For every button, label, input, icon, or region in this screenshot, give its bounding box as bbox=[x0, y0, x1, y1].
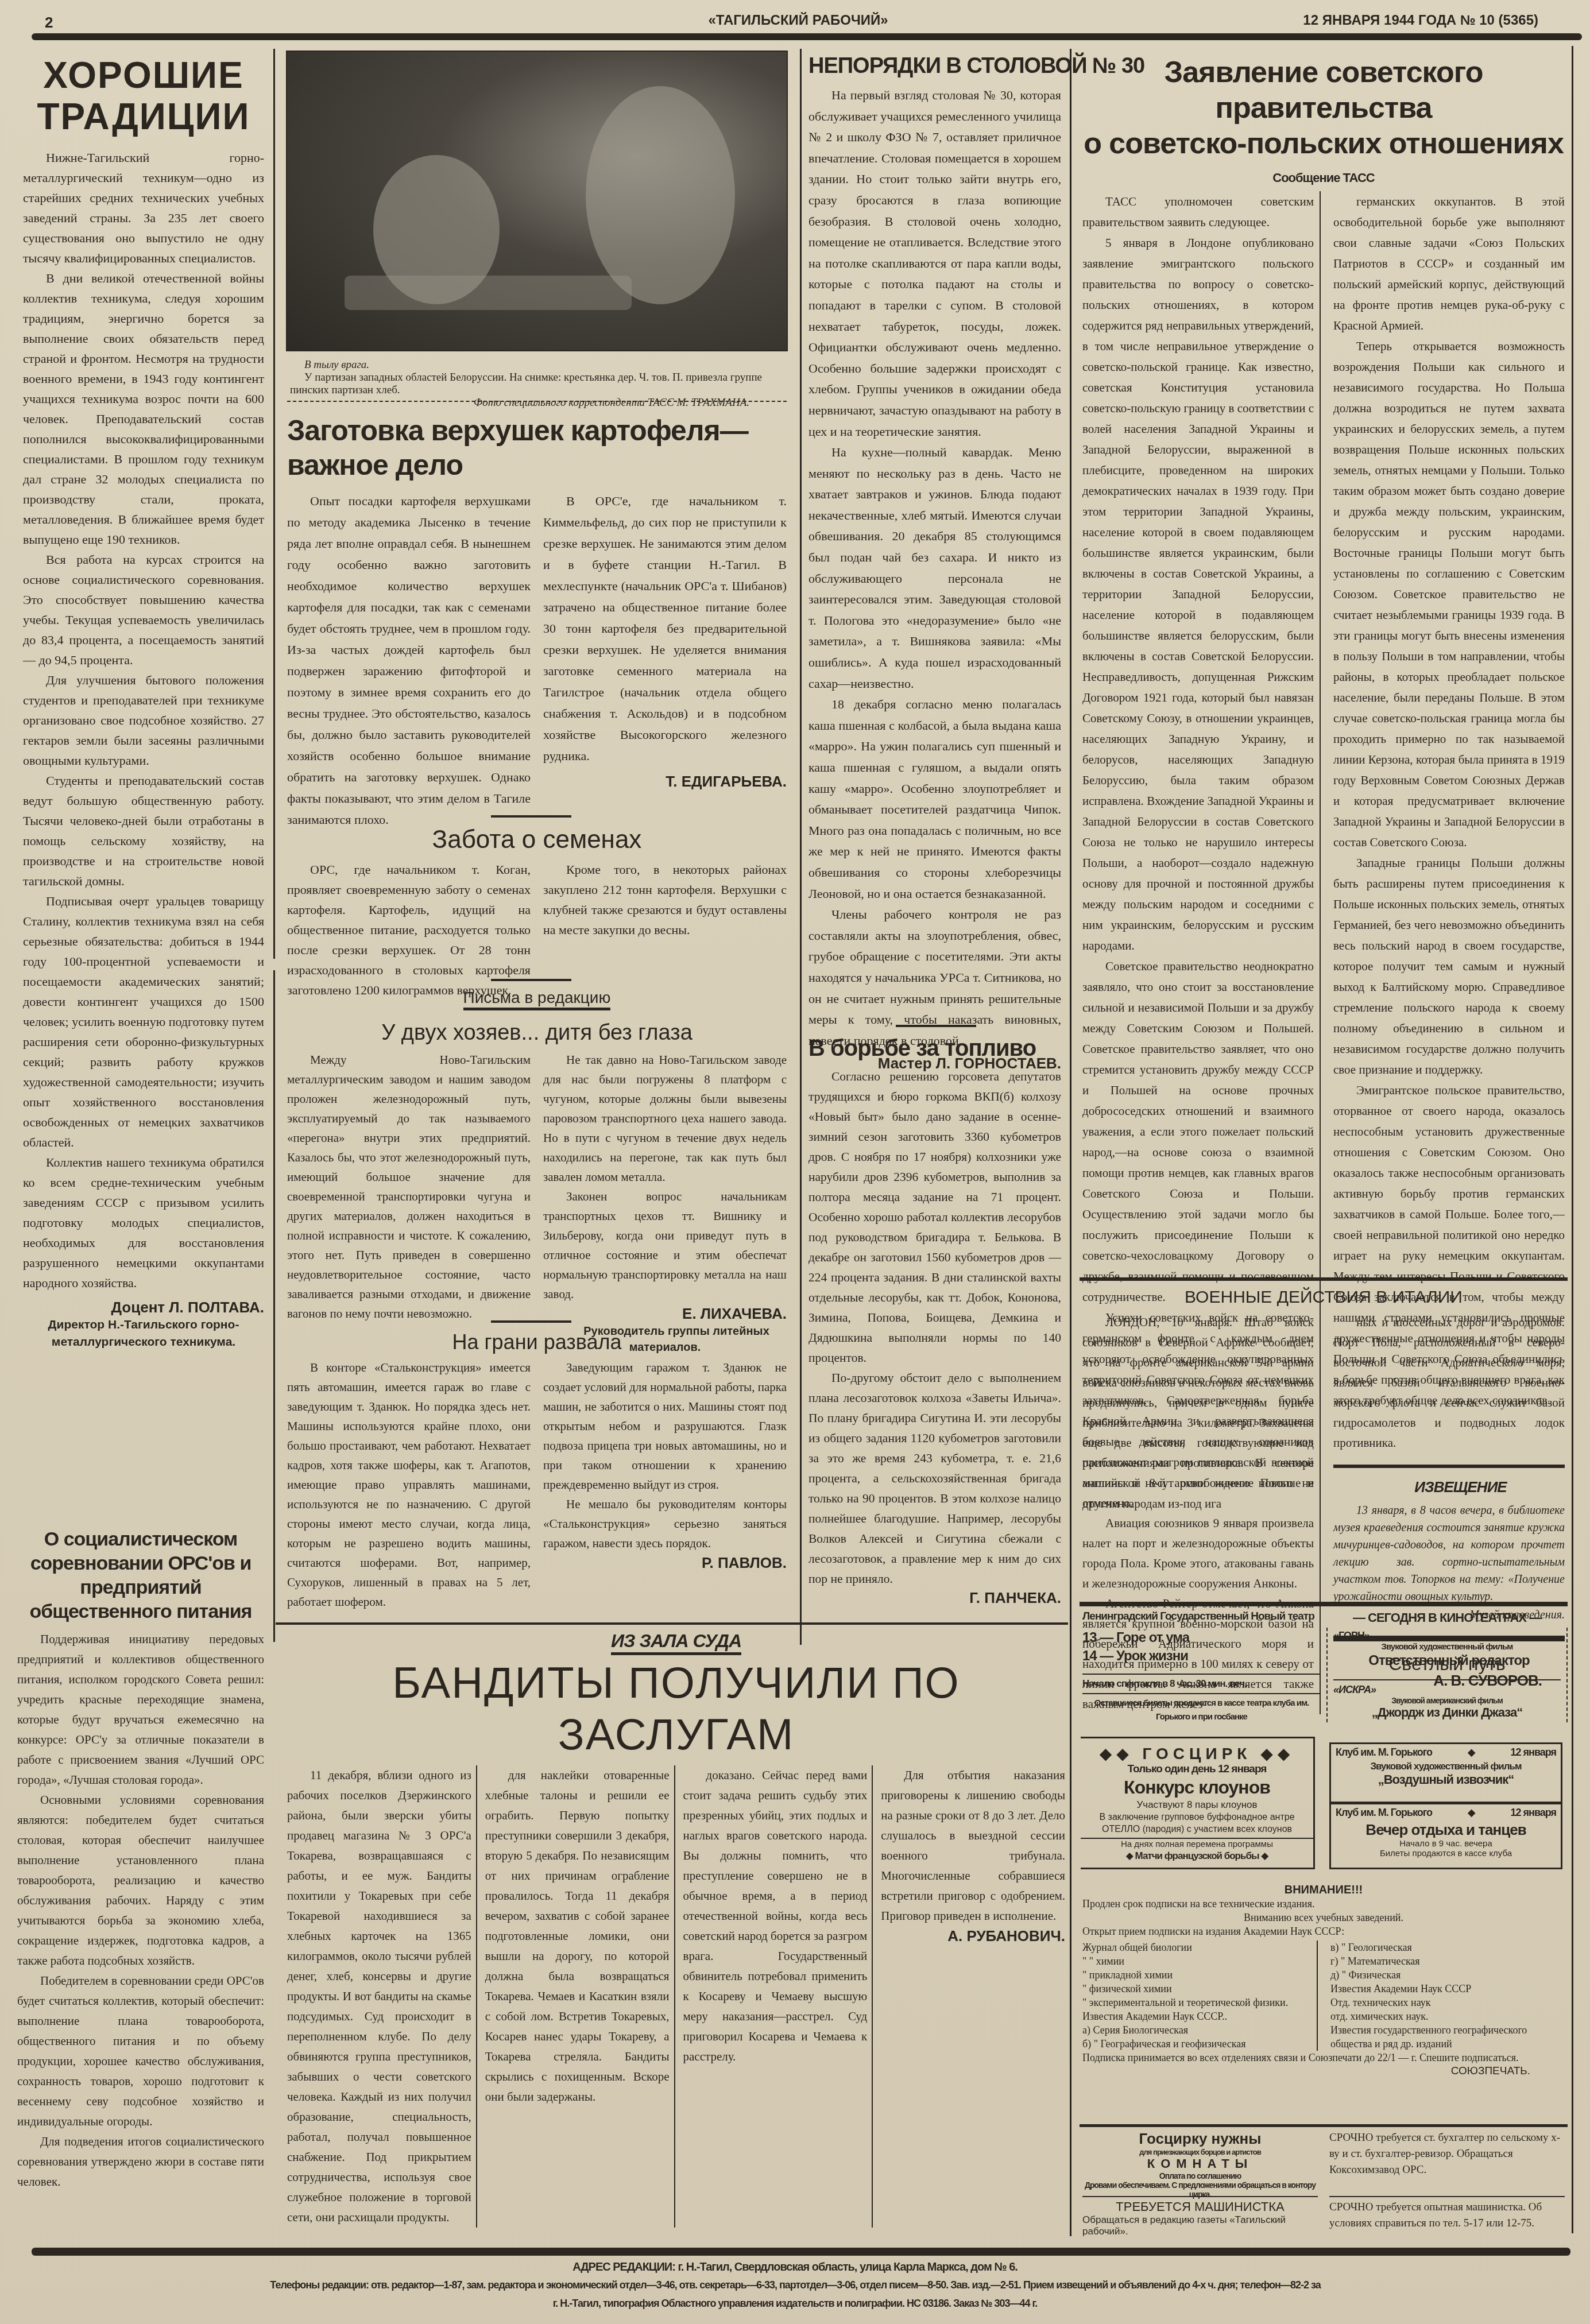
article-fuel: В борьбе за топливо Согласно решению гор… bbox=[808, 1033, 1061, 1607]
article-traditions: ХОРОШИЕ ТРАДИЦИИ Нижне-Тагильский горно-… bbox=[23, 55, 264, 1351]
article-title: Заготовка верхушек картофеля—важное дело bbox=[287, 413, 787, 482]
signature: Р. ПАВЛОВ. bbox=[543, 1553, 787, 1572]
article-collapse: На грани развала В конторе «Стальконстру… bbox=[287, 1329, 787, 1612]
article-title: Заявление советского правительства о сов… bbox=[1082, 55, 1565, 161]
article-title: У двух хозяев... дитя без глаза bbox=[287, 1019, 787, 1047]
footer-phones: Телефоны редакции: отв. редактор—1-87, з… bbox=[34, 2279, 1556, 2291]
ad-circus: ◆◆ ГОСЦИРК ◆◆ Только один день 12 января… bbox=[1081, 1737, 1315, 1869]
column-divider bbox=[1070, 49, 1071, 2236]
article-body: Согласно решению горсовета депутатов тру… bbox=[808, 1067, 1061, 1589]
ad-urgent-accountant: СРОЧНО требуется ст. бухгалтер по сельск… bbox=[1329, 2130, 1565, 2178]
article-title: В борьбе за топливо bbox=[808, 1033, 1061, 1063]
photo-partisans bbox=[286, 51, 788, 351]
separator bbox=[491, 979, 571, 981]
section-rule bbox=[1080, 2124, 1568, 2127]
article-title: ХОРОШИЕ ТРАДИЦИИ bbox=[23, 55, 264, 137]
masthead-rule bbox=[32, 33, 1582, 40]
article-orsy: О социалистическом соревновании ОРС'ов и… bbox=[17, 1527, 264, 2192]
signature: А. РУБАНОВИЧ. bbox=[881, 1926, 1065, 1946]
ad-typist: ТРЕБУЕТСЯ МАШИНИСТКА Обращаться в редакц… bbox=[1082, 2196, 1318, 2237]
ad-subscription: ВНИМАНИЕ!!! Продлен срок подписки на все… bbox=[1082, 1883, 1565, 2078]
article-title: На грани развала bbox=[287, 1329, 787, 1355]
newspaper-page: 2 «ТАГИЛЬСКИЙ РАБОЧИЙ» 12 ЯНВАРЯ 1944 ГО… bbox=[0, 0, 1590, 2324]
article-title: О социалистическом соревновании ОРС'ов и… bbox=[17, 1527, 264, 1624]
footer-address: АДРЕС РЕДАКЦИИ: г. Н.-Тагил, Свердловска… bbox=[0, 2261, 1590, 2274]
article-potato-tops: Заготовка верхушек картофеля—важное дело… bbox=[287, 413, 787, 830]
article-body: Опыт посадки картофеля верхушками по мет… bbox=[287, 490, 787, 830]
issue-date: 12 ЯНВАРЯ 1944 ГОДА № 10 (5365) bbox=[1303, 13, 1538, 29]
page-number: 2 bbox=[45, 14, 53, 32]
separator bbox=[491, 815, 571, 818]
signature: Г. ПАНЧЕКА. bbox=[808, 1589, 1061, 1607]
newspaper-name: «ТАГИЛЬСКИЙ РАБОЧИЙ» bbox=[574, 13, 1022, 29]
rubric-letters: Письма в редакцию bbox=[287, 989, 787, 1007]
section-rule bbox=[1080, 1277, 1568, 1281]
column-divider bbox=[273, 49, 275, 959]
notice-title: ИЗВЕЩЕНИЕ bbox=[1333, 1477, 1565, 1497]
article-title: ВОЕННЫЕ ДЕЙСТВИЯ В ИТАЛИИ bbox=[1082, 1286, 1565, 1309]
signature: Т. ЕДИГАРЬЕВА. bbox=[543, 771, 787, 792]
page-edge bbox=[1572, 46, 1573, 2233]
ad-theatre: Ленинградский Государственный Новый теат… bbox=[1082, 1610, 1321, 1724]
article-source: Сообщение ТАСС bbox=[1082, 171, 1565, 185]
signature: Доцент Л. ПОЛТАВА. bbox=[23, 1299, 264, 1316]
signature-role: Директор Н.-Тагильского горно-металлурги… bbox=[23, 1316, 264, 1351]
notice-text: 13 января, в 8 часов вечера, в библиотек… bbox=[1333, 1502, 1565, 1605]
footer-rule bbox=[32, 2248, 1570, 2256]
ad-cinemas: — СЕГОДНЯ В КИНОТЕАТРАХ — «ГОРН» Звуково… bbox=[1326, 1610, 1568, 1722]
article-body: Поддерживая инициативу передовых предпри… bbox=[17, 1629, 264, 2192]
dashed-rule bbox=[287, 401, 787, 402]
column-divider bbox=[800, 49, 802, 1645]
ad-club-film: Клуб им. М. Горького◆12 января Звуковой … bbox=[1329, 1742, 1562, 1803]
signature: Е. ЛИХАЧЕВА. bbox=[543, 1304, 787, 1323]
section-rule bbox=[276, 1622, 1068, 1625]
ad-club-dance: Клуб им. М. Горького◆12 января Вечер отд… bbox=[1329, 1803, 1562, 1869]
footer-printing: г. Н.-Тагил, типография Областного управ… bbox=[0, 2298, 1590, 2310]
article-two-masters: У двух хозяев... дитя без глаза Между Но… bbox=[287, 1019, 787, 1355]
ad-urgent-typist: СРОЧНО требуется опытная машинистка. Об … bbox=[1329, 2196, 1565, 2232]
article-body: Нижне-Тагильский горно-металлургический … bbox=[23, 148, 264, 1293]
article-body: В конторе «Стальконструкция» имеется пят… bbox=[287, 1358, 787, 1612]
rubric-courtroom: ИЗ ЗАЛА СУДА bbox=[287, 1630, 1065, 1652]
ad-circus-rooms: Госцирку нужны для приезжающих борцов и … bbox=[1082, 2130, 1318, 2199]
article-title: Забота о семенах bbox=[287, 824, 787, 856]
article-courtroom: ИЗ ЗАЛА СУДА БАНДИТЫ ПОЛУЧИЛИ ПО ЗАСЛУГА… bbox=[287, 1630, 1065, 2228]
separator bbox=[491, 1320, 571, 1323]
article-body: Между Ново-Тагильским металлургическим з… bbox=[287, 1050, 787, 1355]
article-title: БАНДИТЫ ПОЛУЧИЛИ ПО ЗАСЛУГАМ bbox=[287, 1657, 1065, 1761]
column-divider bbox=[273, 970, 275, 1642]
separator bbox=[896, 1025, 976, 1027]
article-body: На первый взгляд столовая № 30, которая … bbox=[808, 85, 1061, 1051]
article-title: НЕПОРЯДКИ В СТОЛОВОЙ № 30 bbox=[808, 53, 1061, 79]
article-canteen: НЕПОРЯДКИ В СТОЛОВОЙ № 30 На первый взгл… bbox=[808, 53, 1061, 1072]
section-rule bbox=[1080, 1602, 1568, 1606]
article-seeds: Забота о семенах ОРС, где начальником т.… bbox=[287, 824, 787, 1000]
article-body: 11 декабря, вблизи одного из рабочих пос… bbox=[287, 1765, 1065, 2228]
